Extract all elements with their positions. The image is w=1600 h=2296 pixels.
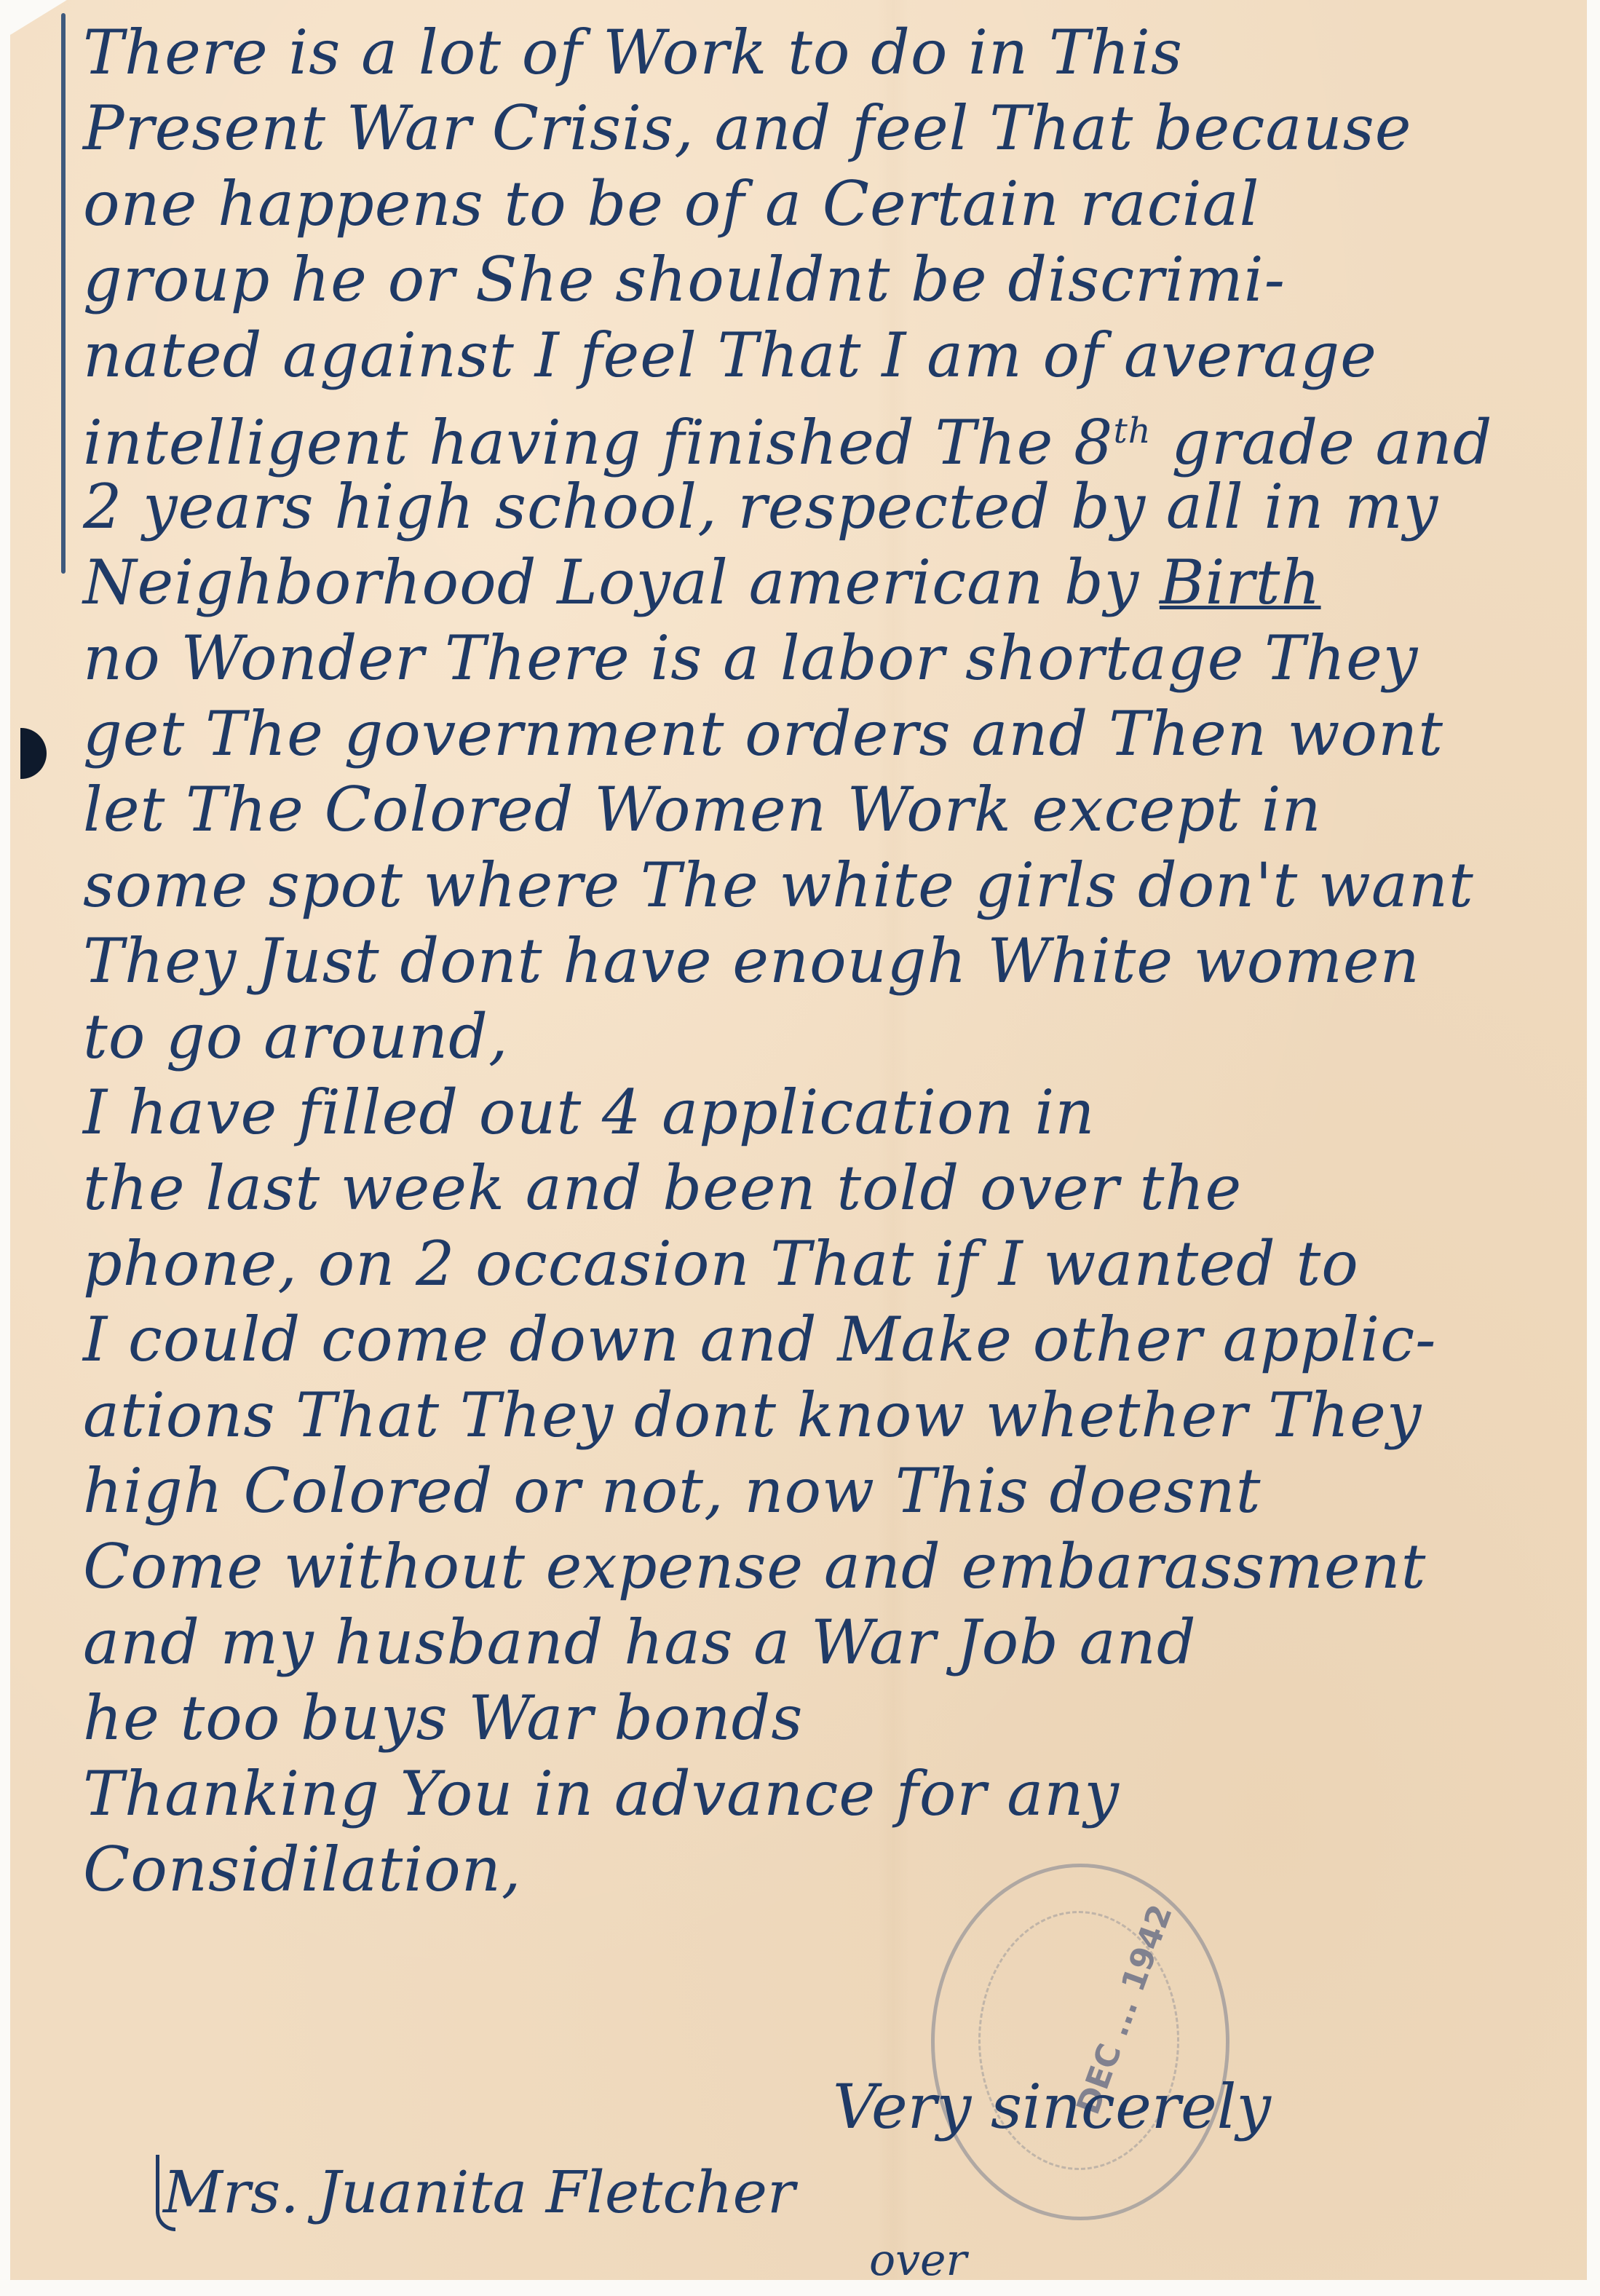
letter-line: phone, on 2 occasion That if I wanted to [83, 1226, 1583, 1302]
letter-line: one happens to be of a Certain racial [83, 166, 1583, 242]
letter-line: Present War Crisis, and feel That becaus… [83, 90, 1583, 166]
letter-line: Thanking You in advance for any [83, 1756, 1583, 1832]
letter-line-text: grade and [1152, 407, 1493, 478]
letter-line-text: intelligent having finished The 8 [83, 407, 1113, 478]
letter-page: DEC ... 1942 There is a lot of Work to d… [10, 0, 1587, 2280]
letter-line: Neighborhood Loyal american by Birth [83, 545, 1583, 620]
letter-line: I have filled out 4 application in [83, 1074, 1583, 1150]
ordinal-superscript: th [1113, 411, 1151, 451]
letter-line: nated against I feel That I am of averag… [83, 317, 1583, 393]
letter-line: no Wonder There is a labor shortage They [83, 620, 1583, 696]
letter-line: group he or She shouldnt be discrimi- [83, 242, 1583, 317]
letter-line: to go around, [83, 999, 1583, 1074]
letter-line: Come without expense and embarassment [83, 1529, 1583, 1604]
letter-line: They Just dont have enough White women [83, 923, 1583, 999]
letter-line: some spot where The white girls don't wa… [83, 847, 1583, 923]
letter-line: he too buys War bonds [83, 1680, 1583, 1756]
letter-line: intelligent having finished The 8th grad… [83, 393, 1583, 469]
letter-body: There is a lot of Work to do in This Pre… [83, 15, 1583, 1907]
punch-hole [20, 728, 47, 779]
letter-line: Considilation, [83, 1832, 1583, 1907]
letter-line: let The Colored Women Work except in [83, 772, 1583, 847]
letter-line: and my husband has a War Job and [83, 1604, 1583, 1680]
letter-line: get The government orders and Then wont [83, 696, 1583, 772]
underlined-word: Birth [1160, 547, 1321, 618]
letter-line: high Colored or not, now This doesnt [83, 1453, 1583, 1529]
letter-line-text: Neighborhood Loyal american by [83, 547, 1160, 618]
over-note: over [869, 2235, 967, 2286]
letter-line: 2 years high school, respected by all in… [83, 469, 1583, 545]
margin-pencil-line [61, 13, 66, 574]
letter-line: ations That They dont know whether They [83, 1377, 1583, 1453]
letter-line: the last week and been told over the [83, 1150, 1583, 1226]
letter-line: I could come down and Make other applic- [83, 1302, 1583, 1377]
received-date-stamp: DEC ... 1942 [931, 1864, 1229, 2220]
closing-salutation: Very sincerely [833, 2071, 1271, 2142]
signature: Mrs. Juanita Fletcher [163, 2158, 795, 2226]
letter-line: There is a lot of Work to do in This [83, 15, 1583, 90]
